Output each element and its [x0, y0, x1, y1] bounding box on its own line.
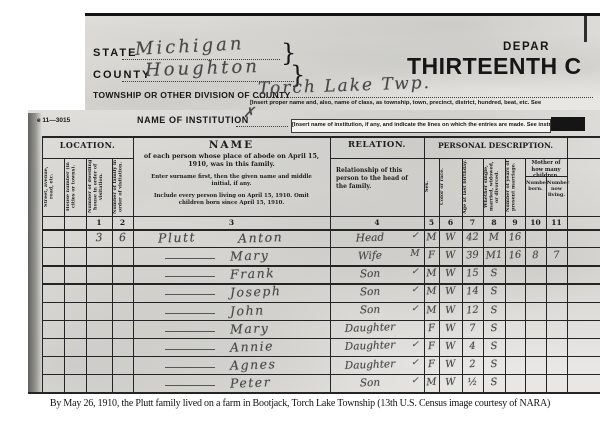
- ditto-mark: [165, 367, 215, 368]
- cell-color: W: [439, 358, 463, 371]
- cell-color: W: [439, 322, 463, 335]
- cell-marital: M1: [483, 249, 506, 262]
- cell-children_living: 7: [546, 249, 568, 261]
- cell-sex: M: [424, 231, 440, 243]
- cell-age: 42: [462, 231, 484, 243]
- ditto-mark: [165, 294, 215, 295]
- relation-desc: Relationship of this person to the head …: [336, 167, 416, 191]
- cell-relation-tally-mark: ✓: [408, 376, 422, 386]
- cell-years_married: 16: [505, 231, 526, 243]
- township-footnote: [Insert proper name and, also, name of c…: [250, 100, 598, 106]
- col-header-marital-status: Whether single, married, widowed, or div…: [484, 159, 504, 214]
- cell-color: W: [439, 286, 463, 299]
- ditto-mark: [165, 313, 215, 314]
- cell-marital: S: [483, 322, 506, 335]
- col-header-color-race: Color or race.: [440, 159, 460, 214]
- cell-name-given: Anton: [238, 229, 284, 246]
- cell-relation-tally-mark: M: [408, 249, 422, 259]
- scan-right-edge: [584, 16, 587, 42]
- col-header-dwelling-number: Number of dwelling house in order of vis…: [88, 159, 110, 214]
- census-title: THIRTEENTH C: [407, 53, 582, 80]
- cell-sex: F: [424, 250, 440, 262]
- personal-description-group-header: PERSONAL DESCRIPTION.: [424, 141, 567, 150]
- cell-relation: Head: [332, 230, 408, 245]
- cell-age: 7: [462, 322, 484, 334]
- cell-relation-tally-mark: ✓: [408, 267, 422, 277]
- cell-age: ½: [462, 376, 484, 388]
- ditto-mark: [165, 258, 215, 259]
- column-number-11: 11: [546, 218, 567, 227]
- census-row-5: [42, 302, 600, 320]
- census-row-7: [42, 338, 600, 356]
- form-number: e 11—3015: [37, 117, 70, 124]
- column-number-9: 9: [505, 218, 525, 227]
- cell-sex: M: [424, 377, 440, 389]
- cell-name-given: Mary: [230, 247, 270, 263]
- census-document-scan: DEPAR THIRTEENTH C STATE Michigan } COUN…: [0, 0, 600, 429]
- cell-name-given: Joseph: [230, 284, 282, 301]
- scan-top-edge: [85, 13, 600, 16]
- cell-marital: S: [483, 304, 506, 317]
- cell-marital: S: [483, 286, 506, 299]
- cell-relation: Son: [332, 285, 408, 300]
- institution-footnote: [Insert name of institution, if any, and…: [291, 119, 551, 133]
- cell-name-given: Mary: [230, 320, 270, 336]
- column-number-8: 8: [483, 218, 505, 227]
- cell-name-given: John: [230, 302, 265, 318]
- census-row-8: [42, 356, 600, 374]
- cell-sex: M: [424, 268, 440, 280]
- col-header-family-number: Number of family in order of visitation.: [113, 159, 131, 214]
- institution-label: NAME OF INSTITUTION: [137, 115, 249, 125]
- column-number-10: 10: [525, 218, 546, 227]
- cell-sex: M: [424, 304, 440, 316]
- cell-name-given: Peter: [230, 374, 272, 390]
- census-row-6: [42, 320, 600, 338]
- cell-color: W: [439, 268, 463, 281]
- cell-relation-tally-mark: ✓: [408, 231, 422, 241]
- cell-marital: M: [483, 231, 506, 244]
- name-desc-main: of each person whose place of abode on A…: [139, 152, 324, 168]
- census-row-9: [42, 374, 600, 392]
- cell-relation: Son: [332, 266, 408, 281]
- cell-family-number: 6: [112, 230, 134, 244]
- photo-caption: By May 26, 1910, the Plutt family lived …: [0, 398, 600, 409]
- cell-age: 4: [462, 340, 484, 352]
- cell-name-surname: Plutt: [158, 229, 197, 245]
- cell-marital: S: [483, 268, 506, 281]
- name-desc-surname: Enter surname first, then the given name…: [141, 174, 322, 188]
- binding-edge: [28, 113, 42, 394]
- state-label: STATE: [93, 47, 137, 59]
- cell-age: 12: [462, 304, 484, 316]
- ditto-mark: [165, 385, 215, 386]
- column-number-1: 1: [86, 218, 112, 227]
- cell-age: 15: [462, 268, 484, 280]
- cell-sex: F: [424, 359, 440, 371]
- column-number-7: 7: [462, 218, 483, 227]
- cell-sex: M: [424, 286, 440, 298]
- cell-color: W: [439, 304, 463, 317]
- cell-relation: Daughter: [332, 357, 408, 372]
- column-number-6: 6: [439, 218, 462, 227]
- col-header-sex: Sex.: [425, 159, 438, 214]
- institution-mark-handwriting: ✗: [243, 105, 255, 121]
- children-born-header: Number born.: [526, 180, 545, 192]
- cell-dwelling-number: 3: [86, 230, 113, 245]
- column-number-5: 5: [424, 218, 439, 227]
- ditto-mark: [165, 331, 215, 332]
- cell-relation-tally-mark: ✓: [408, 340, 422, 350]
- ditto-mark: [165, 349, 215, 350]
- cell-color: W: [439, 340, 463, 353]
- cell-marital: S: [483, 340, 506, 353]
- name-desc-include: Include every person living on April 15,…: [141, 193, 322, 207]
- cell-relation: Son: [332, 375, 408, 390]
- cell-sex: F: [424, 322, 440, 334]
- cell-color: W: [439, 249, 463, 262]
- grid-hline: [525, 176, 567, 177]
- cell-name-given: Annie: [230, 338, 275, 355]
- cell-color: W: [439, 376, 463, 389]
- cell-name-given: Frank: [230, 266, 276, 283]
- census-row-3: [42, 265, 600, 283]
- cell-children_born: 8: [525, 249, 547, 261]
- cell-sex: F: [424, 340, 440, 352]
- cell-marital: S: [483, 376, 506, 389]
- column-number-4: 4: [330, 218, 424, 227]
- cell-age: 2: [462, 358, 484, 370]
- location-group-header: LOCATION.: [42, 140, 133, 150]
- census-row-4: [42, 283, 600, 301]
- col-header-years-married: Number of years of present marriage.: [506, 159, 524, 214]
- col-header-age: Age at last birthday.: [463, 159, 481, 214]
- column-number-2: 2: [112, 218, 133, 227]
- ditto-mark: [165, 276, 215, 277]
- relation-group-header: RELATION.: [330, 140, 424, 150]
- col-header-street: Street, avenue, road, etc.: [44, 159, 63, 214]
- cell-relation-tally-mark: ✓: [408, 285, 422, 295]
- cell-relation: Wife: [332, 248, 408, 263]
- column-number-3: 3: [133, 218, 330, 227]
- grid-hline: [42, 136, 600, 138]
- cell-age: 39: [462, 249, 484, 261]
- cell-years_married: 16: [505, 249, 526, 261]
- grid-hline: [330, 158, 600, 159]
- grid-hline: [42, 158, 133, 159]
- department-heading: DEPAR: [503, 41, 550, 53]
- col-header-house-number: House number (in cities or towns).: [66, 159, 85, 214]
- county-value-handwriting: Houghton: [145, 56, 261, 81]
- cell-relation-tally-mark: ✓: [408, 304, 422, 314]
- redacted-box: [551, 117, 585, 131]
- name-group-header: NAME: [133, 139, 330, 151]
- grid-hline: [28, 392, 600, 394]
- cell-color: W: [439, 231, 463, 244]
- cell-marital: S: [483, 358, 506, 371]
- township-fill-line: [258, 97, 593, 98]
- institution-fill-line: [236, 126, 288, 127]
- cell-relation-tally-mark: ✓: [408, 358, 422, 368]
- children-living-header: Number now living.: [547, 180, 566, 198]
- county-label: COUNTY: [93, 69, 151, 81]
- cell-name-given: Agnes: [230, 356, 277, 373]
- cell-age: 14: [462, 286, 484, 298]
